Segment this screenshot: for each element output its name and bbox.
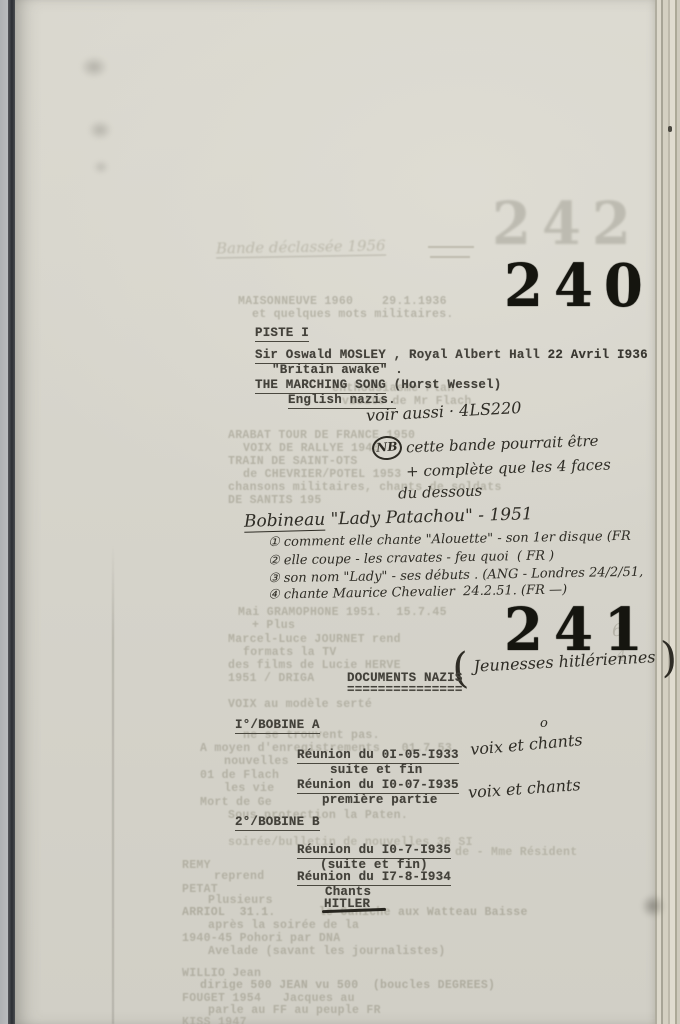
- marching-song-rest: (Horst Wessel): [386, 378, 502, 392]
- ghost-typed-line: 1951 / DRIGA: [228, 673, 314, 686]
- item-3-num: ③: [268, 571, 280, 586]
- hand-flourish: o: [540, 716, 548, 731]
- ghost-typed-line: Mort de Ge: [200, 797, 272, 810]
- book-cover-edge: [0, 0, 8, 1024]
- bobine-a-heading: I°/BOBINE A: [235, 718, 320, 733]
- bobine-b-heading-text: 2°/BOBINE B: [235, 815, 320, 831]
- reunion-a2: Réunion du I0-07-I935: [297, 778, 459, 793]
- ghost-typed-line: après la soirée de la: [208, 920, 359, 933]
- britain-awake-line: "Britain awake" .: [272, 363, 403, 378]
- mosley-name: Sir Oswald MOSLEY: [255, 348, 386, 364]
- nb-note-line3: du dessous: [398, 482, 483, 503]
- page-gutter-shadow: [8, 0, 15, 1024]
- ink-smudge: [93, 160, 109, 174]
- ghost-typed-line: nouvelles: [224, 756, 289, 769]
- ghost-typed-line: et quelques mots militaires.: [252, 309, 454, 322]
- page-stack-edge: [655, 0, 680, 1024]
- reunion-a1-sub: suite et fin: [330, 763, 422, 778]
- ink-smudge: [88, 120, 112, 140]
- mosley-line: Sir Oswald MOSLEY , Royal Albert Hall 22…: [255, 348, 648, 363]
- ghost-typed-line: de - Mme Résident: [455, 847, 577, 860]
- page-number-stamp-240: 240: [504, 257, 654, 316]
- ghost-page-number-242: 242: [492, 195, 642, 254]
- bobineau-name: Bobineau: [244, 510, 326, 533]
- ghost-typed-line: + Plus: [252, 620, 295, 633]
- ghost-typed-line: formats la TV: [243, 647, 337, 660]
- edge-speck: [668, 126, 672, 132]
- ghost-typed-line: Avelade (savant les journalistes): [208, 946, 446, 959]
- ghost-typed-line: KISS 1947: [182, 1017, 247, 1024]
- ghost-typed-line: TRAIN DE SAINT-OTS: [228, 456, 358, 469]
- piste-heading: PISTE I: [255, 326, 309, 341]
- piste-heading-text: PISTE I: [255, 326, 309, 342]
- ghost-typed-line: 1940-45 Pohori par DNA: [182, 933, 340, 946]
- ghost-typed-line: MAISONNEUVE 1960 29.1.1936: [238, 296, 447, 309]
- ghost-typed-line: reprend: [214, 871, 264, 884]
- ghost-typed-line: de CHEVRIER/POTEL 1953: [243, 469, 401, 482]
- reunion-b2: Réunion du I7-8-I934: [297, 870, 451, 885]
- ghost-typed-line: DE SANTIS 195: [228, 495, 322, 508]
- ghost-handwriting-top: Bande déclassée 1956: [216, 237, 386, 259]
- reunion-b1: Réunion du I0-7-I935: [297, 843, 451, 858]
- bobine-b-heading: 2°/BOBINE B: [235, 815, 320, 830]
- ghost-typed-line: 01 de Flach: [200, 770, 279, 783]
- ghost-typed-line: VOIX au modèle serté: [228, 699, 372, 712]
- reunion-b1-text: Réunion du I0-7-I935: [297, 843, 451, 859]
- ink-smudge: [641, 894, 665, 918]
- ghost-typed-line: REMY: [182, 860, 211, 873]
- reunion-a2-sub: première partie: [322, 793, 438, 808]
- ink-smudge: [80, 56, 108, 78]
- ghost-typed-line: Mai GRAMOPHONE 1951. 15.7.45: [238, 607, 447, 620]
- item-4-num: ④: [268, 587, 280, 602]
- ghost-typed-line: VOIX DE RALLYE 1948: [243, 443, 380, 456]
- ghost-typed-line: dirige 500 JEAN vu 500 (boucles DEGREES): [200, 980, 495, 993]
- ghost-typed-line: les vie: [224, 783, 274, 796]
- mosley-rest: , Royal Albert Hall: [386, 348, 548, 362]
- reunion-b2-text: Réunion du I7-8-I934: [297, 870, 451, 886]
- reunion-a2-text: Réunion du I0-07-I935: [297, 778, 459, 794]
- ghost-dash: [430, 256, 470, 258]
- paper-crease: [112, 545, 114, 1024]
- ghost-typed-line: Marcel-Luce JOURNET rend: [228, 634, 401, 647]
- mosley-date: 22 Avril I936: [548, 348, 648, 362]
- bobine-a-heading-text: I°/BOBINE A: [235, 718, 320, 734]
- item-1-num: ①: [268, 535, 280, 550]
- documents-nazis-underline: ===============: [347, 683, 463, 698]
- ghost-dash: [428, 246, 474, 248]
- marching-song-line: THE MARCHING SONG (Horst Wessel): [255, 378, 501, 393]
- close-paren: ): [659, 632, 678, 682]
- reunion-a1-text: Réunion du 0I-05-I933: [297, 748, 459, 764]
- item-2-num: ②: [268, 553, 280, 568]
- marching-song-title: THE MARCHING SONG: [255, 378, 386, 394]
- reunion-a1: Réunion du 0I-05-I933: [297, 748, 459, 763]
- scanned-archive-page: MAISONNEUVE 1960 29.1.1936et quelques mo…: [0, 0, 680, 1024]
